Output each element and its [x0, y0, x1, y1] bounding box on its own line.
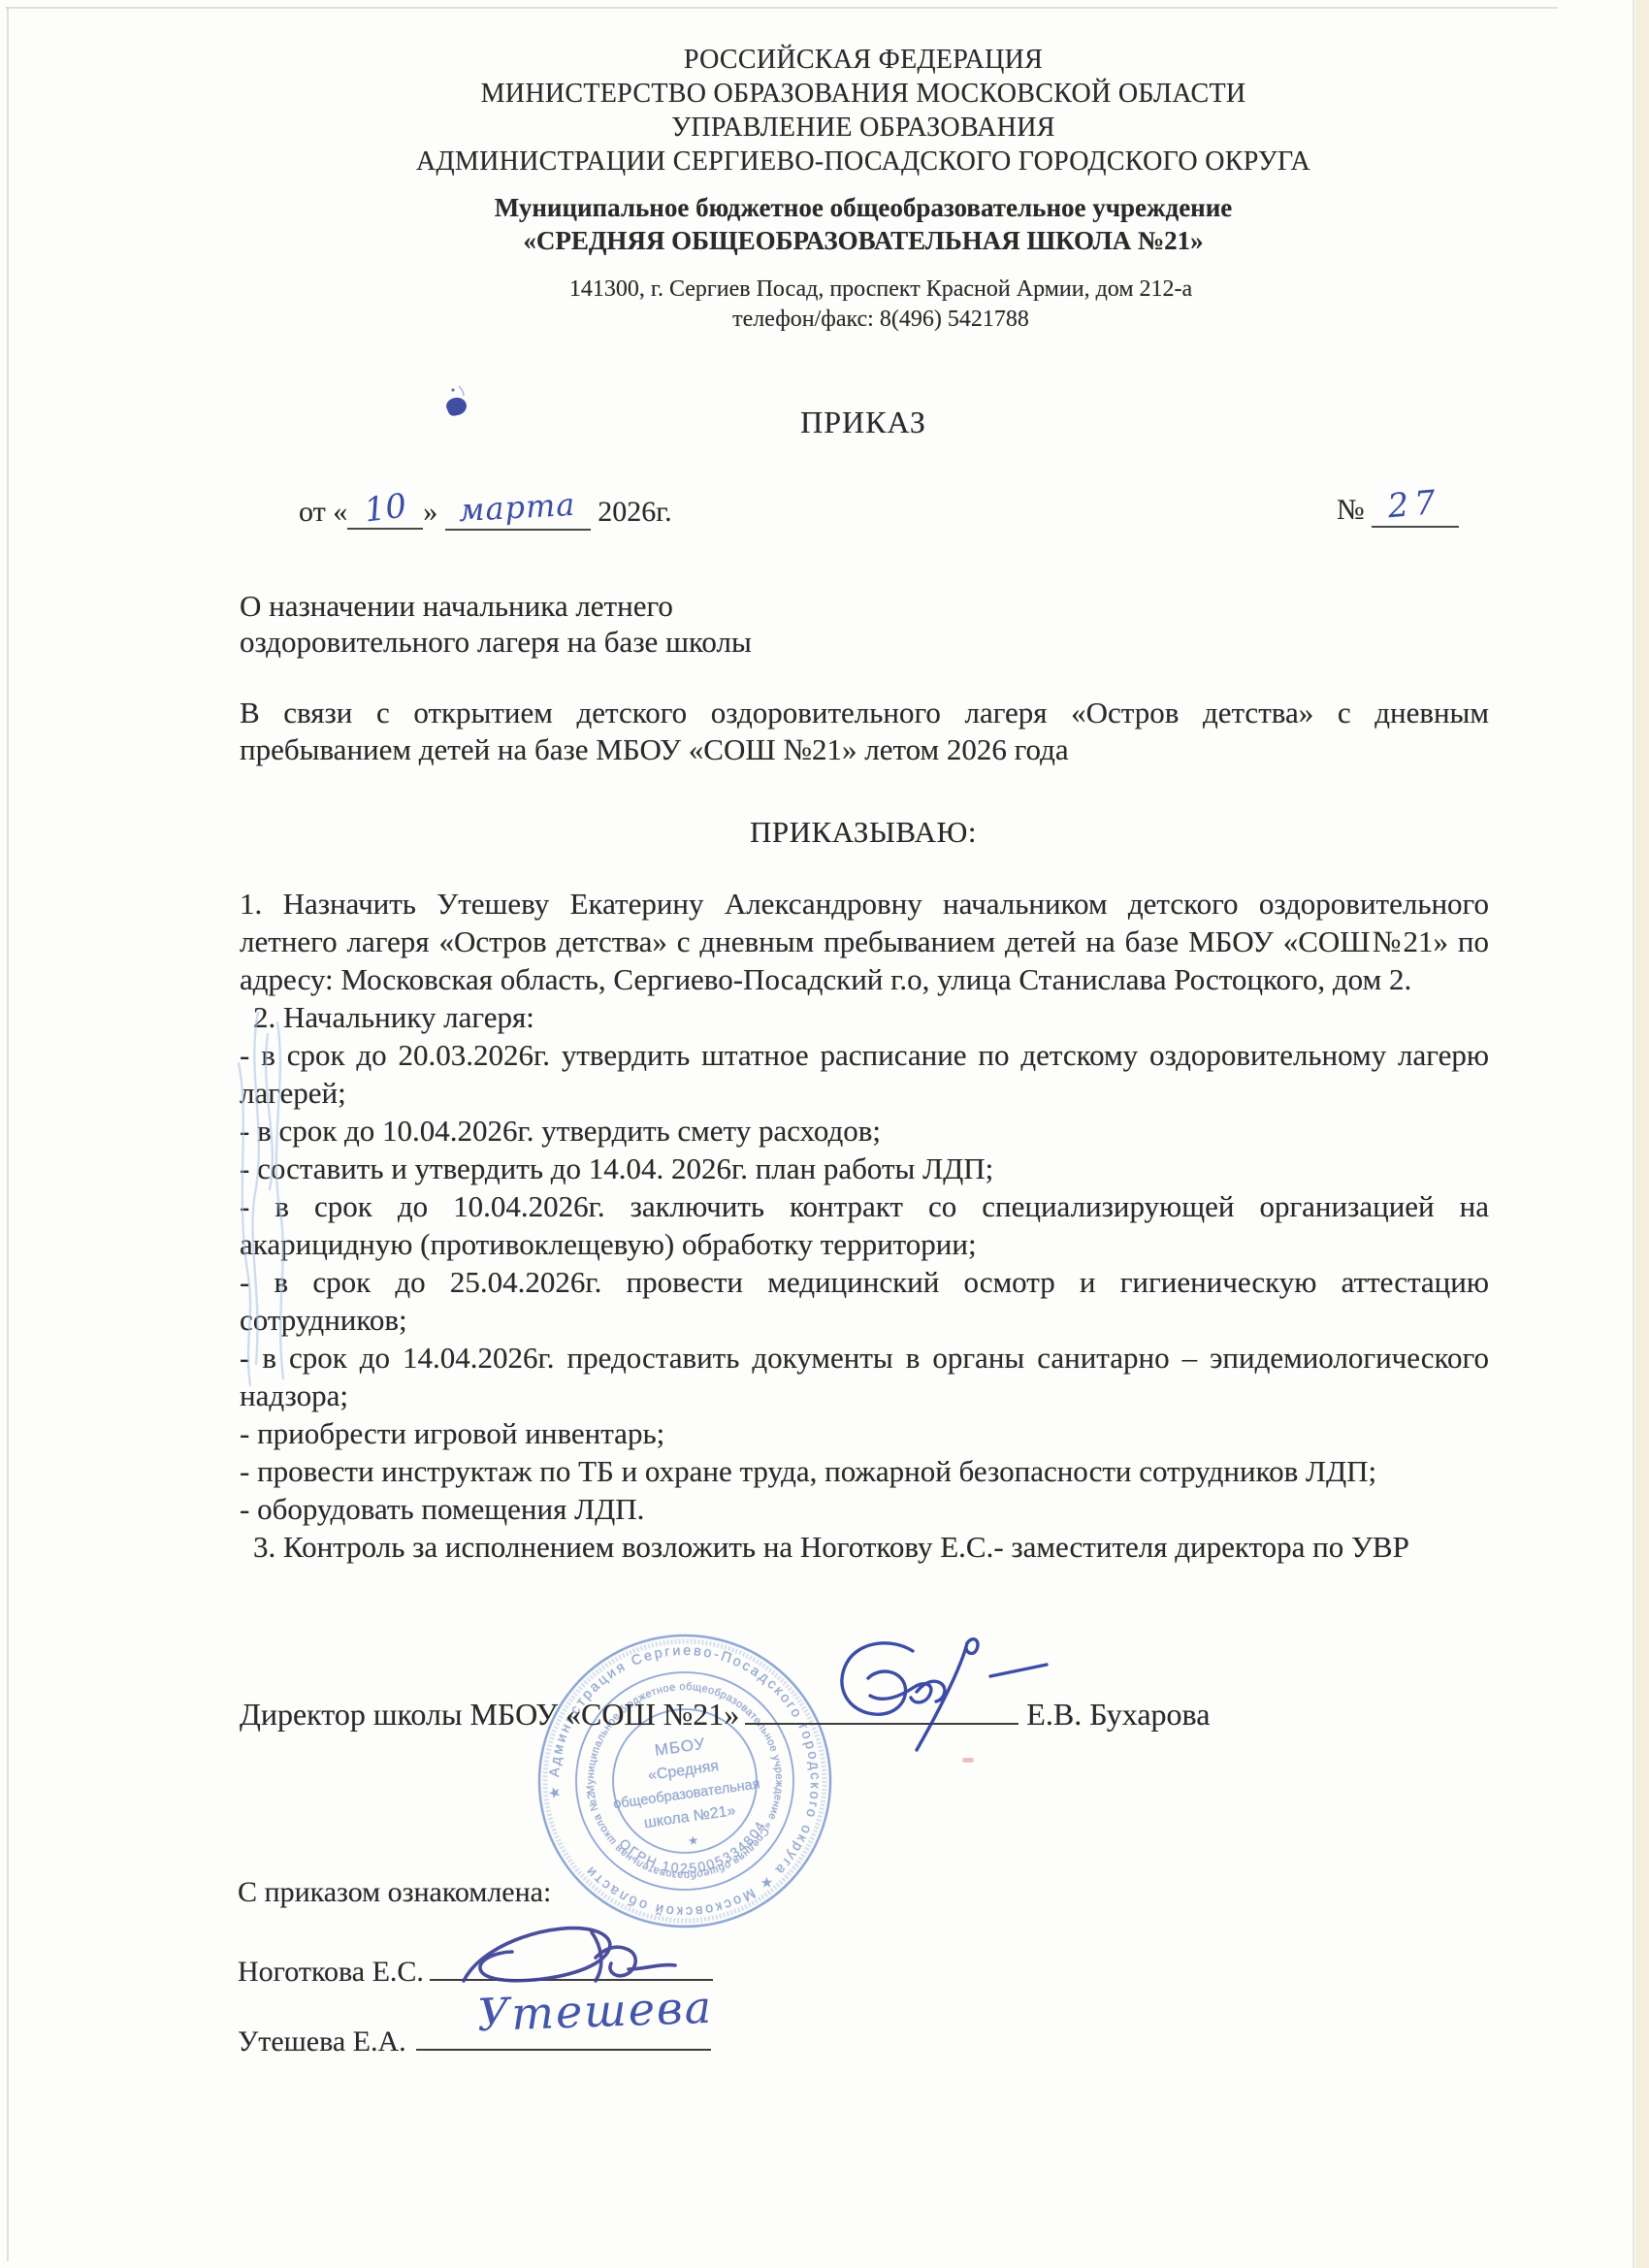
document-page: РОССИЙСКАЯ ФЕДЕРАЦИЯ МИНИСТЕРСТВО ОБРАЗО…: [0, 0, 1649, 2268]
school-stamp: ★ Администрация Сергиево-Посадского горо…: [514, 1610, 856, 1952]
scan-edge-right-line: [1633, 0, 1634, 2268]
order-number-blank: 27: [1372, 489, 1459, 528]
date-row: от «10» марта 2026г.: [299, 491, 672, 531]
order-item-2a: - в срок до 20.03.2026г. утвердить штатн…: [240, 1036, 1489, 1112]
person2-name: Утешева Е.А.: [238, 2025, 406, 2057]
order-item-2c: - составить и утвердить до 14.04. 2026г.…: [240, 1150, 1489, 1187]
order-item-2f: - в срок до 14.04.2026г. предоставить до…: [240, 1339, 1489, 1414]
acknowledgement-label: С приказом ознакомлена:: [238, 1876, 551, 1909]
order-item-2b: - в срок до 10.04.2026г. утвердить смету…: [240, 1112, 1489, 1150]
person1-name: Ноготкова Е.С.: [238, 1956, 424, 1988]
order-number-row: № 27: [1337, 489, 1459, 528]
contact-block: 141300, г. Сергиев Посад, проспект Красн…: [255, 275, 1506, 335]
date-close-quote: »: [423, 496, 437, 528]
date-month-blank: марта: [445, 492, 591, 531]
svg-text:школа №21»: школа №21»: [643, 1802, 737, 1831]
order-item-2e: - в срок до 25.04.2026г. провести медици…: [240, 1263, 1489, 1339]
order-item-2: 2. Начальнику лагеря:: [240, 998, 1489, 1036]
svg-text:МБОУ: МБОУ: [654, 1734, 707, 1760]
svg-text:общеобразовательная: общеобразовательная: [612, 1776, 760, 1812]
organization-phone: телефон/факс: 8(496) 5421788: [255, 305, 1506, 335]
organization-name: «СРЕДНЯЯ ОБЩЕОБРАЗОВАТЕЛЬНАЯ ШКОЛА №21»: [238, 224, 1489, 257]
director-label: Директор школы МБОУ «СОШ №21»: [240, 1697, 739, 1732]
order-body: 1. Назначить Утешеву Екатерину Александр…: [240, 885, 1489, 1566]
order-subject: О назначении начальника летнего оздорови…: [240, 588, 822, 660]
order-item-2d: - в срок до 10.04.2026г. заключить контр…: [240, 1187, 1489, 1263]
organization-name-block: Муниципальное бюджетное общеобразователь…: [238, 191, 1489, 257]
order-preamble: В связи с открытием детского оздоровител…: [240, 695, 1489, 768]
letterhead-ministry: МИНИСТЕРСТВО ОБРАЗОВАНИЯ МОСКОВСКОЙ ОБЛА…: [238, 77, 1489, 111]
order-item-1: 1. Назначить Утешеву Екатерину Александр…: [240, 885, 1489, 998]
number-sign: №: [1337, 494, 1365, 526]
letterhead-country: РОССИЙСКАЯ ФЕДЕРАЦИЯ: [238, 43, 1489, 77]
order-item-3: 3. Контроль за исполнением возложить на …: [240, 1528, 1489, 1566]
scan-edge-top: [6, 7, 1558, 9]
order-item-2i: - оборудовать помещения ЛДП.: [240, 1490, 1489, 1528]
letterhead: РОССИЙСКАЯ ФЕДЕРАЦИЯ МИНИСТЕРСТВО ОБРАЗО…: [238, 43, 1489, 335]
director-signature: [820, 1636, 1082, 1757]
pen-scribble: [225, 1005, 332, 1393]
scan-edge-left: [7, 7, 9, 2261]
svg-text:★: ★: [687, 1833, 699, 1848]
order-item-2h: - провести инструктаж по ТБ и охране тру…: [240, 1452, 1489, 1490]
handwritten-order-number: 27: [1386, 483, 1443, 527]
handwritten-month: марта: [458, 486, 576, 529]
svg-text:«Средняя: «Средняя: [647, 1758, 720, 1784]
letterhead-administration: АДМИНИСТРАЦИИ СЕРГИЕВО-ПОСАДСКОГО ГОРОДС…: [238, 145, 1489, 178]
scan-edge-right-strip: [1635, 0, 1649, 2268]
organization-type: Муниципальное бюджетное общеобразователь…: [238, 191, 1489, 224]
date-day-blank: 10: [347, 491, 423, 530]
order-word: ПРИКАЗЫВАЮ:: [238, 815, 1489, 850]
order-item-2g: - приобрести игровой инвентарь;: [240, 1414, 1489, 1452]
letterhead-department: УПРАВЛЕНИЕ ОБРАЗОВАНИЯ: [238, 111, 1489, 145]
utesheva-signature: Утешева: [476, 1981, 714, 2041]
date-year: 2026г.: [598, 496, 671, 528]
document-title: ПРИКАЗ: [238, 405, 1489, 440]
handwritten-day: 10: [362, 487, 408, 531]
organization-address: 141300, г. Сергиев Посад, проспект Красн…: [255, 275, 1506, 305]
red-ink-speck: [962, 1758, 974, 1763]
date-prefix: от «: [299, 496, 347, 528]
